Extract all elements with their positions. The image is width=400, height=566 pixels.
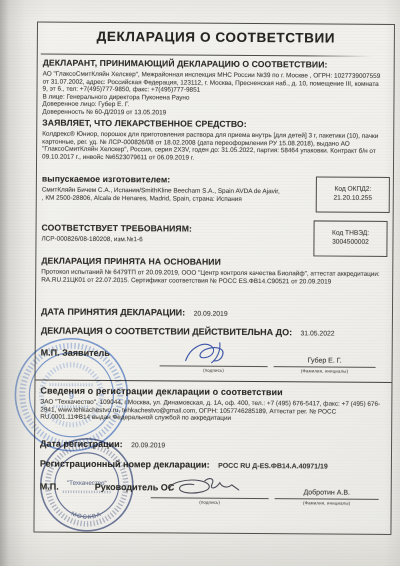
registration-number-value: РОСС RU Д-ES.ФВ14.А.40971/19 bbox=[218, 463, 328, 471]
applicant-name-caption: (Фамилия, инициалы) bbox=[274, 368, 376, 374]
section-declarant: ДЕКЛАРАНТ, ПРИНИМАЮЩИЙ ДЕКЛАРАЦИЮ О СООТ… bbox=[42, 58, 385, 119]
svg-text:МОСКВА: МОСКВА bbox=[70, 511, 103, 521]
okpd2-code-box: Код ОКПД2: 21.20.10.255 bbox=[316, 176, 390, 213]
registrar-head-label: Руководитель ОС bbox=[95, 482, 175, 493]
section-basis: ДЕКЛАРАЦИЯ ПРИНЯТА НА ОСНОВАНИИ Протокол… bbox=[41, 256, 384, 286]
applicant-signature-caption: (подпись) bbox=[160, 367, 268, 373]
manufacturer-details: СмитКляйн Бичем С.А., Испания/SmithKline… bbox=[42, 187, 280, 204]
page-title: ДЕКЛАРАЦИЯ О СООТВЕТСТВИИ bbox=[38, 29, 394, 46]
registration-date-value: 20.09.2019 bbox=[131, 442, 165, 449]
registrar-signature-icon bbox=[165, 475, 255, 498]
declarant-heading: ДЕКЛАРАНТ, ПРИНИМАЮЩИЙ ДЕКЛАРАЦИЮ О СООТ… bbox=[43, 58, 386, 70]
okpd2-value: 21.20.10.255 bbox=[333, 195, 372, 204]
applicant-seal-label: М.П. Заявитель bbox=[41, 348, 110, 358]
title-underline bbox=[41, 54, 382, 58]
registration-heading: Сведения о регистрации декларации о соот… bbox=[40, 386, 383, 398]
registrar-name-caption: (Фамилия, инициалы) bbox=[275, 500, 379, 506]
product-details: Колдрекс® Юниор, порошок для приготовлен… bbox=[42, 131, 385, 164]
section-registration: Сведения о регистрации декларации о соот… bbox=[40, 386, 383, 424]
registrar-name-cell: Добротин А.В. (Фамилия, инициалы) bbox=[275, 482, 379, 506]
registrar-mp-label: М.П. bbox=[40, 482, 59, 492]
applicant-signature-icon bbox=[183, 340, 245, 366]
registrar-seal-label: М.П.Руководитель ОС bbox=[40, 482, 175, 493]
requirements-heading: СООТВЕТСТВУЕТ ТРЕБОВАНИЯМ: bbox=[42, 223, 385, 235]
okpd2-label: Код ОКПД2: bbox=[334, 186, 371, 195]
product-heading: ЗАЯВЛЯЕТ, ЧТО ЛЕКАРСТВЕННОЕ СРЕДСТВО: bbox=[42, 118, 385, 130]
scanned-declaration-photo: ДЕКЛАРАЦИЯ О СООТВЕТСТВИИ ДЕКЛАРАНТ, ПРИ… bbox=[0, 0, 400, 566]
requirements-details: ЛСР-000826/08-180208, изм.№1-6 bbox=[41, 236, 384, 246]
basis-details: Протокол испытаний № 6479ТП от 20.09.201… bbox=[41, 269, 384, 286]
declarant-power-of-attorney: Доверенность № 60-Д/2019 от 13.05.2019 bbox=[42, 108, 385, 118]
section-requirements: СООТВЕТСТВУЕТ ТРЕБОВАНИЯМ: ЛСР-000826/08… bbox=[41, 223, 384, 246]
adoption-date-line: ДАТА ПРИНЯТИЯ ДЕКЛАРАЦИИ: 20.09.2019 bbox=[41, 302, 389, 322]
validity-label: ДЕКЛАРАЦИЯ О СООТВЕТСТВИИ ДЕЙСТВИТЕЛЬНА … bbox=[41, 326, 292, 338]
applicant-signature-cell: (подпись) bbox=[160, 339, 268, 373]
adoption-date-value: 20.09.2019 bbox=[194, 311, 228, 318]
declaration-frame: ДЕКЛАРАЦИЯ О СООТВЕТСТВИИ ДЕКЛАРАНТ, ПРИ… bbox=[33, 22, 395, 535]
registration-number-line: Регистрационный номер декларации: РОСС R… bbox=[40, 454, 388, 474]
section-product: ЗАЯВЛЯЕТ, ЧТО ЛЕКАРСТВЕННОЕ СРЕДСТВО: Ко… bbox=[42, 118, 385, 164]
registrar-stamp-city: МОСКВА bbox=[70, 511, 103, 521]
registration-details: ЗАО "Техкачество", 109044, г.Москва, ул.… bbox=[40, 399, 383, 424]
applicant-signature-line bbox=[160, 339, 268, 367]
registration-date-line: Дата регистрации: 20.09.2019 bbox=[40, 434, 388, 454]
validity-value: 31.05.2022 bbox=[301, 330, 335, 337]
basis-heading: ДЕКЛАРАЦИЯ ПРИНЯТА НА ОСНОВАНИИ bbox=[41, 256, 384, 268]
registration-number-label: Регистрационный номер декларации: bbox=[40, 459, 210, 470]
registrar-signature-caption: (подпись) bbox=[151, 499, 269, 505]
applicant-name-cell: Губер Е. Г. (Фамилия, инициалы) bbox=[274, 348, 376, 374]
validity-line: ДЕКЛАРАЦИЯ О СООТВЕТСТВИИ ДЕЙСТВИТЕЛЬНА … bbox=[41, 321, 389, 341]
applicant-name: Губер Е. Г. bbox=[308, 357, 342, 366]
declarant-details: АО "ГлаксоСмитКляйн Хелскер", Межрайонна… bbox=[43, 71, 386, 96]
registration-date-label: Дата регистрации: bbox=[40, 439, 123, 450]
adoption-date-label: ДАТА ПРИНЯТИЯ ДЕКЛАРАЦИИ: bbox=[41, 307, 185, 318]
registrar-name: Добротин А.В. bbox=[303, 489, 350, 498]
section-divider bbox=[36, 379, 392, 382]
